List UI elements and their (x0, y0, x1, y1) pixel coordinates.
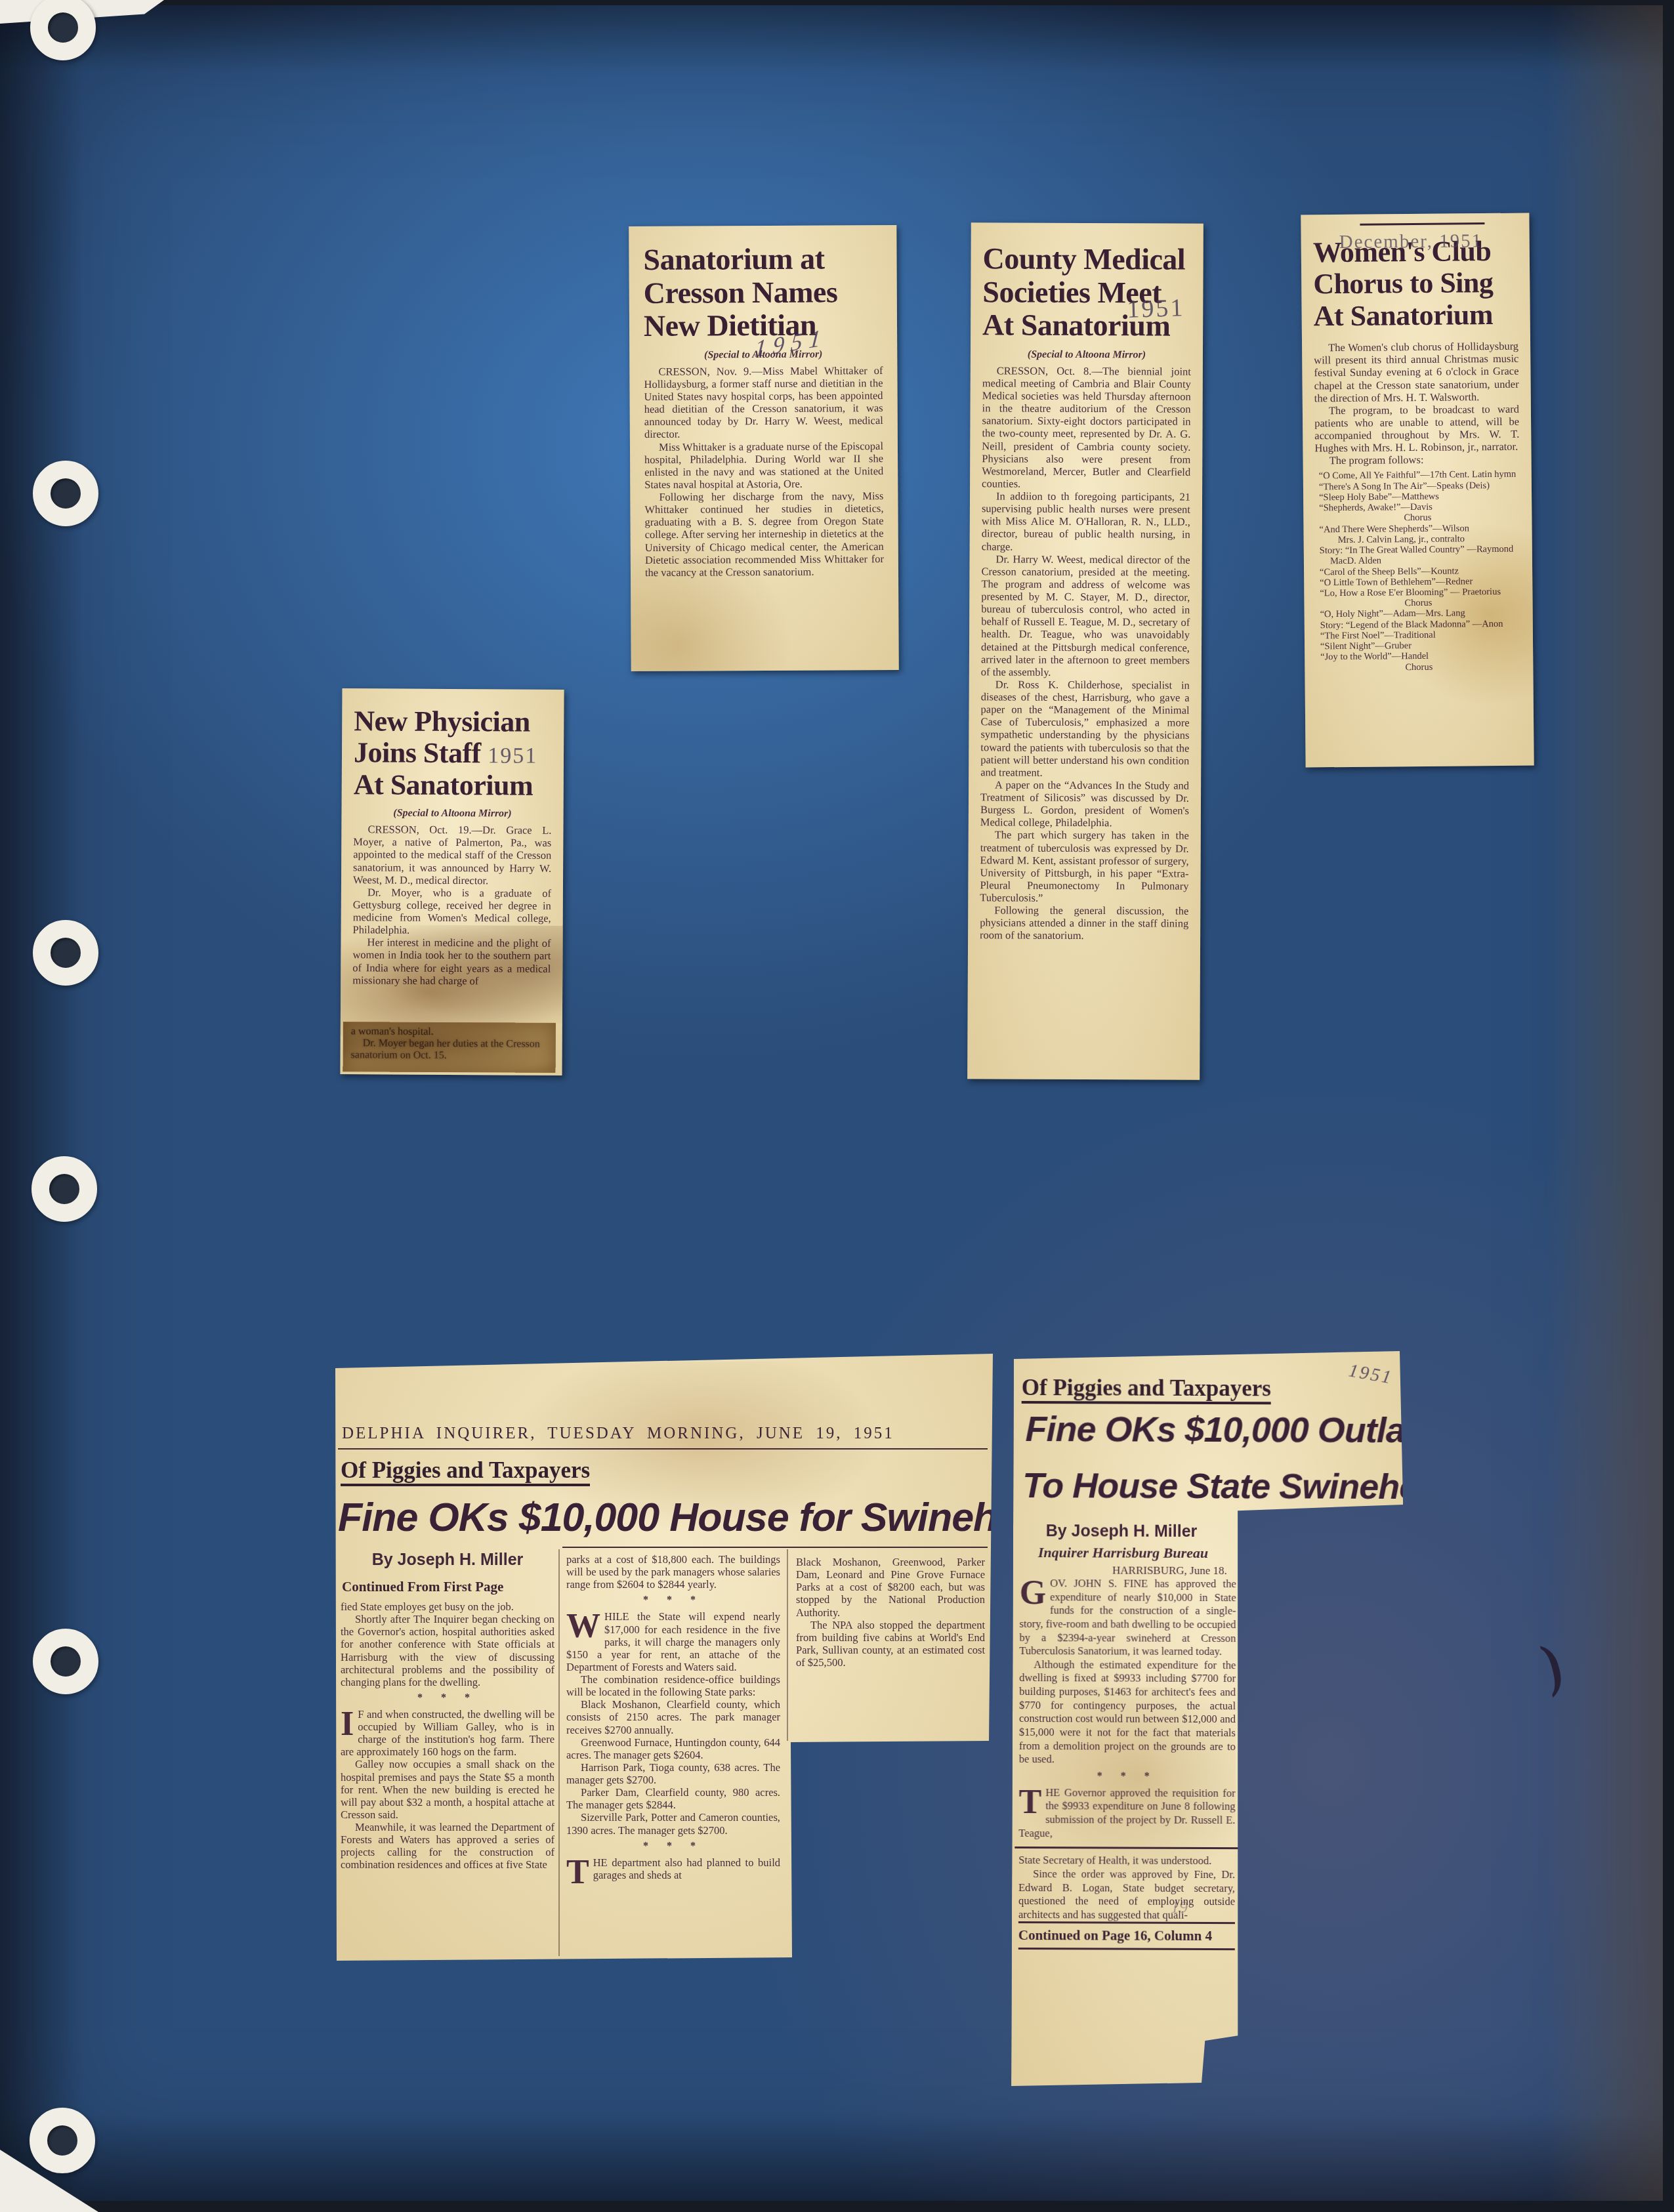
column-body: GOV. JOHN S. FINE has approved the expen… (1018, 1577, 1236, 1951)
rule (338, 1448, 988, 1450)
masthead: DELPHIA INQUIRER, TUESDAY MORNING, JUNE … (342, 1425, 894, 1443)
paragraph: Following her discharge from the navy, M… (644, 490, 884, 579)
paragraph: The combination residence-office buildin… (566, 1673, 780, 1698)
paragraph: Galley now occupies a small shack on the… (341, 1758, 555, 1821)
clipping-new-physician: New Physician Joins Staff 1951 At Sanato… (340, 688, 564, 1075)
stained-text: a woman's hospital. (351, 1026, 549, 1039)
paragraph: Her interest in medicine and the plight … (352, 936, 551, 988)
rule (1015, 1847, 1239, 1849)
hole-punch-ring (30, 2108, 95, 2173)
stained-strip: a woman's hospital. Dr. Moyer began her … (343, 1022, 556, 1073)
stained-text: Dr. Moyer began her duties at the Cresso… (351, 1037, 549, 1062)
paragraph: GOV. JOHN S. FINE has approved the expen… (1019, 1577, 1236, 1659)
section-separator: * * * (1019, 1770, 1236, 1783)
continued-on: Continued on Page 16, Column 4 (1018, 1921, 1235, 1950)
paragraph: The program follows: (1315, 453, 1520, 467)
paragraph: WHILE the State will expend nearly $17,0… (566, 1610, 780, 1673)
paragraph: Black Moshanon, Greenwood, Parker Dam, L… (796, 1556, 985, 1619)
paragraph: Miss Whittaker is a graduate nurse of th… (644, 440, 883, 491)
article-body: HARRISBURG, June 18. GOV. JOHN S. FINE h… (1018, 1564, 1236, 1951)
section-separator: * * * (566, 1841, 780, 1852)
program-item: Story: “Legend of the Black Madonna” —An… (1316, 618, 1521, 631)
column-rule (787, 1549, 788, 1741)
paragraph: Dr. Ross K. Childerhose, specialist in d… (980, 678, 1190, 779)
kicker: Of Piggies and Taxpayers (341, 1459, 590, 1486)
paragraph: A paper on the “Advances In the Study an… (980, 778, 1189, 829)
paragraph: Sizerville Park, Potter and Cameron coun… (566, 1811, 780, 1836)
rule (1360, 222, 1484, 226)
paragraph: Following the general discussion, the ph… (980, 904, 1188, 942)
headline-line: County Medical (982, 242, 1191, 276)
column-2: parks at a cost of $18,800 each. The bui… (566, 1553, 780, 1887)
clipping-medical-societies: County Medical Societies Meet At Sanator… (967, 222, 1203, 1080)
column-3: Black Moshanon, Greenwood, Parker Dam, L… (796, 1556, 985, 1669)
credit-line: (Special to Altoona Mirror) (353, 807, 551, 820)
headline-text: Joins Staff (354, 737, 481, 770)
paragraph: Shortly after The Inquirer began checkin… (341, 1613, 555, 1688)
bureau-credit: Inquirer Harrisburg Bureau (1038, 1544, 1208, 1562)
article-body: The Women's club chorus of Hollidaysburg… (1314, 340, 1520, 467)
scrapbook-photo: { "misc": { "sep": "* * *" }, "page": { … (0, 0, 1674, 2212)
paragraph: CRESSON, Oct. 8.—The biennial joint medi… (982, 364, 1191, 491)
rule (562, 1547, 988, 1548)
paragraph: CRESSON, Nov. 9.—Miss Mabel Whittaker of… (644, 364, 883, 441)
article-body: CRESSON, Oct. 19.—Dr. Grace L. Moyer, a … (352, 823, 551, 987)
paragraph: Dr. Harry W. Weest, medical director of … (981, 553, 1190, 679)
clipping-chorus: Women's Club Chorus to Sing At Sanatoriu… (1301, 213, 1534, 767)
headline-line: At Sanatorium (354, 769, 552, 802)
paragraph: In addiion to th foregoing participants,… (982, 490, 1190, 553)
headline: County Medical Societies Meet At Sanator… (982, 242, 1192, 343)
headline: New Physician Joins Staff 1951 At Sanato… (354, 705, 553, 802)
paragraph: Greenwood Furnace, Huntingdon county, 64… (566, 1736, 780, 1761)
article-body: CRESSON, Oct. 8.—The biennial joint medi… (980, 364, 1191, 942)
paragraph: CRESSON, Oct. 19.—Dr. Grace L. Moyer, a … (353, 823, 551, 887)
section-separator: * * * (566, 1595, 780, 1606)
stamped-date: 1951 (1127, 293, 1185, 324)
paragraph: THE Governor approved the requisition fo… (1018, 1786, 1235, 1841)
paragraph: Since the order was approved by Fine, Dr… (1018, 1868, 1235, 1923)
paragraph: Although the estimated expenditure for t… (1019, 1658, 1236, 1767)
paragraph: The NPA also stopped the department from… (796, 1619, 985, 1669)
dateline: HARRISBURG, June 18. (1020, 1564, 1236, 1577)
column-rule (558, 1549, 560, 1956)
paragraph: fied State employes get busy on the job. (341, 1600, 555, 1613)
paragraph: Dr. Moyer, who is a graduate of Gettysbu… (353, 886, 551, 937)
column-body: Black Moshanon, Greenwood, Parker Dam, L… (796, 1556, 985, 1669)
stamped-date: December, 1951 (1339, 230, 1483, 253)
hole-punch-ring (33, 1629, 98, 1694)
headline-line: Joins Staff 1951 (354, 738, 552, 770)
paragraph: The Women's club chorus of Hollidaysburg… (1314, 340, 1519, 404)
headline-line: At Sanatorium (1313, 299, 1518, 332)
paragraph: Black Moshanon, Clearfield county, which… (566, 1698, 780, 1736)
paragraph: Parker Dam, Clearfield county, 980 acres… (566, 1786, 780, 1811)
clipping-new-dietitian: Sanatorium at Cresson Names New Dietitia… (629, 225, 899, 671)
byline: By Joseph H. Miller (1026, 1522, 1217, 1541)
program-item: Story: “In The Great Walled Country” —Ra… (1316, 544, 1520, 567)
headline-line: To House State Swineherd (1022, 1465, 1413, 1507)
program-list: “O Come, All Ye Faithful”—17th Cent. Lat… (1315, 469, 1522, 673)
program-item: “Lo, How a Rose E'er Blooming” — Praetor… (1316, 587, 1520, 599)
hole-punch-ring (33, 461, 98, 526)
headline-line: Chorus to Sing (1313, 267, 1518, 301)
continued-from: Continued From First Page (342, 1579, 555, 1595)
section-separator: * * * (341, 1692, 555, 1704)
headline-line: Fine OKs $10,000 Outlay (1025, 1409, 1413, 1451)
paragraph: The part which surgery has taken in the … (980, 829, 1188, 905)
paragraph: Harrison Park, Tioga county, 638 acres. … (566, 1761, 780, 1786)
byline: By Joseph H. Miller (341, 1551, 555, 1570)
headline-line: New Physician (354, 705, 552, 738)
headline-line: Cresson Names (644, 276, 883, 310)
paragraph: THE department also had planned to build… (566, 1856, 780, 1881)
column-body: fied State employes get busy on the job.… (341, 1600, 555, 1871)
paragraph: parks at a cost of $18,800 each. The bui… (566, 1553, 780, 1591)
program-item: Chorus (1316, 661, 1521, 673)
paragraph: State Secretary of Health, it was unders… (1018, 1854, 1235, 1868)
paragraph: The program, to be broadcast to ward pat… (1314, 402, 1520, 454)
kicker: Of Piggies and Taxpayers (1022, 1376, 1271, 1404)
paragraph: Meanwhile, it was learned the Department… (341, 1821, 555, 1871)
column-body: parks at a cost of $18,800 each. The bui… (566, 1553, 780, 1881)
hole-punch-ring (33, 920, 98, 986)
column-1: By Joseph H. Miller Continued From First… (341, 1551, 555, 1871)
headline: Sanatorium at Cresson Names New Dietitia… (643, 242, 883, 343)
pencil-note: 19 (1171, 1898, 1188, 1917)
stamped-date: 1951 (488, 744, 537, 768)
handwritten-date: 1951 (1347, 1360, 1395, 1389)
paragraph: IF and when constructed, the dwelling wi… (341, 1708, 555, 1759)
headline-line: Sanatorium at (643, 242, 882, 276)
article-body: CRESSON, Nov. 9.—Miss Mabel Whittaker of… (644, 364, 884, 579)
headline: Fine OKs $10,000 House for Swineherd (338, 1494, 997, 1540)
hole-punch-ring (31, 1156, 97, 1222)
program-item: “There's A Song In The Air”—Speaks (Deis… (1315, 480, 1520, 492)
credit-line: (Special to Altoona Mirror) (982, 348, 1191, 361)
